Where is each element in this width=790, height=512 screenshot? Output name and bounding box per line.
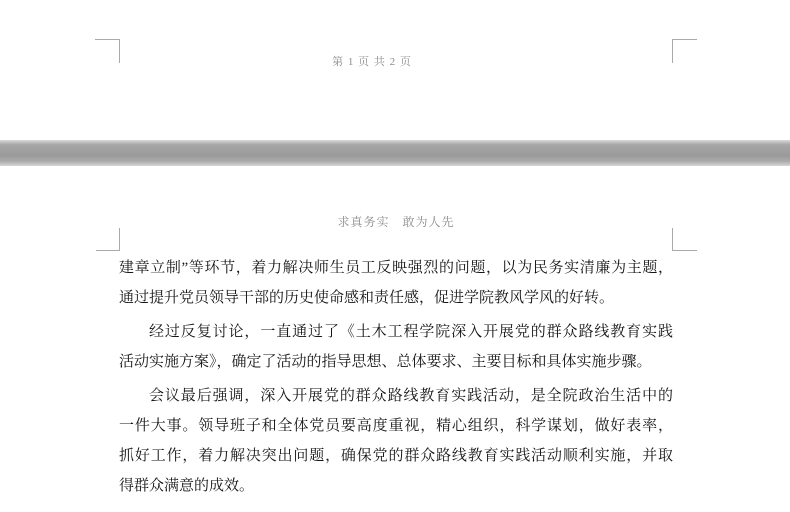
text-boundary-mark-bottom-left-horizontal (95, 39, 120, 40)
paragraph-2: 经过反复讨论，一直通过了《土木工程学院深入开展党的群众路线教育实践 活动实施方案… (119, 317, 673, 377)
page-header[interactable]: 求真务实 敢为人先 (119, 213, 673, 230)
text-boundary-mark-top-right-vertical (672, 228, 673, 251)
text-line[interactable]: 经过反复讨论，一直通过了《土木工程学院深入开展党的群众路线教育实践 (119, 317, 673, 347)
text-line[interactable]: 通过提升党员领导干部的历史使命感和责任感，促进学院教风学风的好转。 (119, 283, 673, 313)
text-line[interactable]: 得群众满意的成效。 (119, 471, 673, 501)
text-boundary-mark-top-left-vertical (119, 228, 120, 251)
text-boundary-mark-bottom-right-horizontal (672, 39, 697, 40)
page-gap-separator[interactable] (0, 140, 790, 166)
text-line[interactable]: 建章立制”等环节，着力解决师生员工反映强烈的问题，以为民务实清廉为主题， (119, 253, 673, 283)
text-line[interactable]: 会议最后强调，深入开展党的群众路线教育实践活动，是全院政治生活中的 (119, 381, 673, 411)
text-line[interactable]: 抓好工作，着力解决突出问题，确保党的群众路线教育实践活动顺利实施，并取 (119, 441, 673, 471)
text-boundary-mark-bottom-right-vertical (672, 39, 673, 63)
page-2[interactable]: 求真务实 敢为人先 建章立制”等环节，着力解决师生员工反映强烈的问题，以为民务实… (0, 166, 790, 512)
page-1[interactable]: 第 1 页 共 2 页 (0, 0, 790, 140)
text-boundary-mark-top-right-horizontal (672, 250, 697, 251)
document-body: 建章立制”等环节，着力解决师生员工反映强烈的问题，以为民务实清廉为主题， 通过提… (119, 253, 673, 505)
document-canvas: 第 1 页 共 2 页 求真务实 敢为人先 建章立制”等环节，着力解决师生员工反… (0, 0, 790, 512)
page-number-footer[interactable]: 第 1 页 共 2 页 (95, 53, 649, 69)
text-line[interactable]: 活动实施方案》，确定了活动的指导思想、总体要求、主要目标和具体实施步骤。 (119, 347, 673, 377)
text-line[interactable]: 一件大事。领导班子和全体党员要高度重视，精心组织，科学谋划，做好表率， (119, 411, 673, 441)
paragraph-3: 会议最后强调，深入开展党的群众路线教育实践活动，是全院政治生活中的 一件大事。领… (119, 381, 673, 501)
text-boundary-mark-top-left-horizontal (96, 250, 120, 251)
paragraph-1: 建章立制”等环节，着力解决师生员工反映强烈的问题，以为民务实清廉为主题， 通过提… (119, 253, 673, 313)
